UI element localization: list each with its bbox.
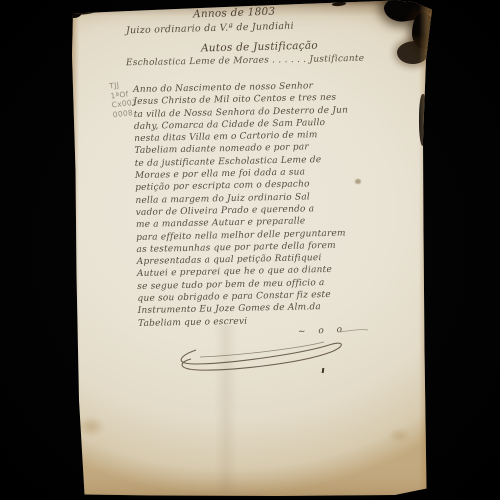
- damage-top-left-corner: [67, 7, 82, 18]
- manuscript-page: TJJ 1ªOf Cx001 0008 Annos de 1803 Juizo …: [0, 0, 500, 500]
- ink-smudge: [79, 8, 96, 15]
- paper-stain: [388, 428, 410, 443]
- paper-stain: [77, 416, 105, 437]
- manuscript-body: Anno do Nascimento de nosso Senhor Jesus…: [133, 78, 410, 330]
- party-line: Escholastica Leme de Moraes . . . . . . …: [126, 54, 365, 69]
- damage-right-edge: [419, 94, 427, 146]
- burn-damage-top-right: [397, 41, 428, 64]
- closing-pen-marks: ~ o o: [298, 325, 348, 338]
- document-title: Autos de Justificação: [201, 40, 318, 55]
- court-heading: Juizo ordinario da V.ª de Jundiahi: [126, 21, 294, 37]
- paper-left-edge: [70, 0, 79, 500]
- ink-smudge: [332, 1, 346, 6]
- document-year-heading: Annos de 1803: [193, 6, 276, 21]
- ink-speck: [322, 368, 325, 373]
- burn-damage-top-right: [383, 0, 434, 23]
- photo-background: TJJ 1ªOf Cx001 0008 Annos de 1803 Juizo …: [0, 0, 500, 500]
- paper-fold-shading: [214, 325, 238, 493]
